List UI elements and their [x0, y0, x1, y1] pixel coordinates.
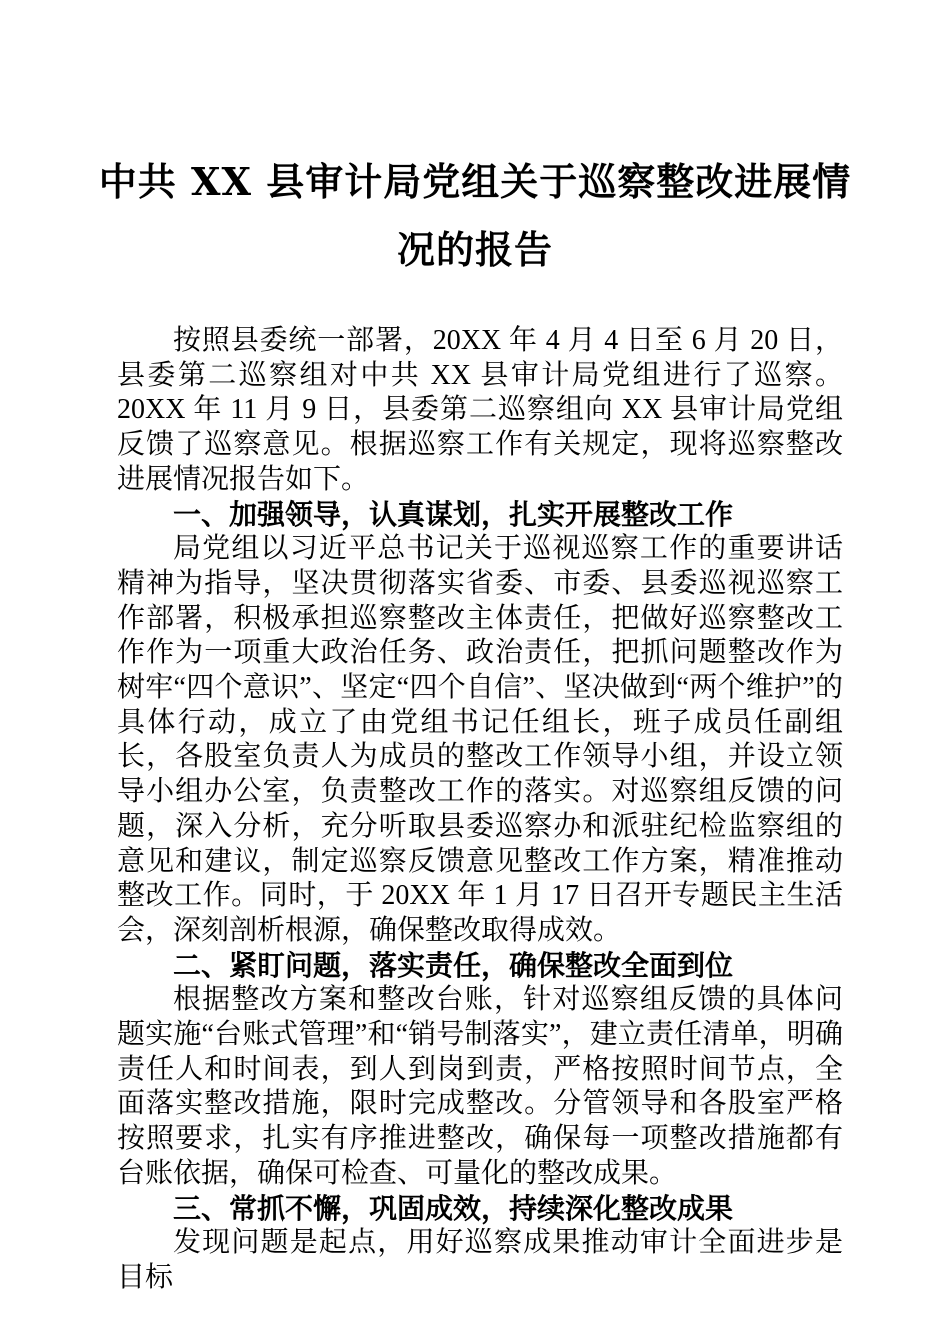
section-3-paragraph: 发现问题是起点，用好巡察成果推动审计全面进步是目标	[117, 1226, 843, 1295]
section-2-paragraph: 根据整改方案和整改台账，针对巡察组反馈的具体问题实施“台账式管理”和“销号制落实…	[117, 983, 843, 1191]
report-body: 按照县委统一部署，20XX 年 4 月 4 日至 6 月 20 日，县委第二巡察…	[117, 324, 843, 1296]
report-title: 中共 XX 县审计局党组关于巡察整改进展情况的报告	[85, 148, 865, 284]
section-heading-3: 三、常抓不懈，巩固成效，持续深化整改成果	[117, 1192, 843, 1227]
section-heading-1: 一、加强领导，认真谋划，扎实开展整改工作	[117, 498, 843, 533]
section-heading-2: 二、紧盯问题，落实责任，确保整改全面到位	[117, 949, 843, 984]
document-page: 中共 XX 县审计局党组关于巡察整改进展情况的报告 按照县委统一部署，20XX …	[0, 0, 950, 1344]
intro-paragraph: 按照县委统一部署，20XX 年 4 月 4 日至 6 月 20 日，县委第二巡察…	[117, 324, 843, 498]
section-1-paragraph: 局党组以习近平总书记关于巡视巡察工作的重要讲话精神为指导，坚决贯彻落实省委、市委…	[117, 532, 843, 948]
